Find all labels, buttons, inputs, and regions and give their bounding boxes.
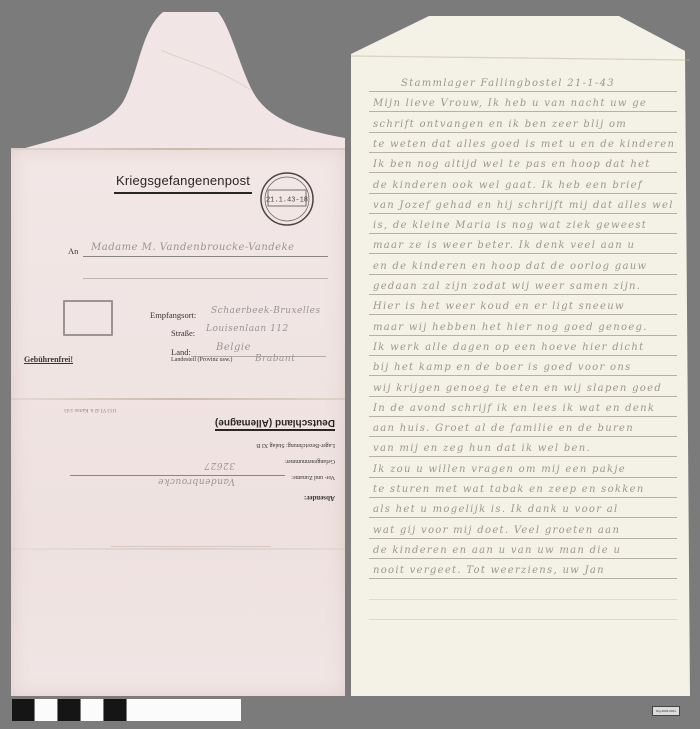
- handwritten-line: maar wij hebben het hier nog goed genoeg…: [373, 322, 673, 336]
- postmark-date: 21.1.43-18: [266, 197, 308, 205]
- handwritten-line: aan huis. Groet al de familie en de bure…: [373, 423, 673, 437]
- country-header: Deutschland (Allemagne): [215, 417, 335, 428]
- postmark-cancel: 21.1.43-18: [258, 170, 316, 228]
- print-code: 1113 VI 42 6. Karton 1/43: [64, 407, 117, 412]
- handwritten-line: en de kinderen en hoop dat de oorlog gau…: [373, 261, 673, 275]
- handwritten-line: de kinderen ook wel gaat. Ik heb een bri…: [373, 180, 673, 194]
- title-underline: [114, 192, 252, 194]
- letter-sheet: Stammlager Fallingbostel 21-1-43Mijn lie…: [351, 16, 690, 696]
- scale-cell-white: [81, 699, 103, 721]
- country-value: Belgie: [216, 342, 251, 353]
- to-label: An: [68, 246, 78, 256]
- handwritten-line: Mijn lieve Vrouw, Ik heb u van nacht uw …: [373, 98, 673, 112]
- street-label: Straße:: [171, 328, 195, 338]
- province-label: Landesteil (Provinz usw.): [171, 357, 232, 363]
- handwritten-line: nooit vergeet. Tot weerziens, uw Jan: [373, 565, 673, 579]
- handwritten-line: bij het kamp en de boer is goed voor ons: [373, 362, 673, 376]
- scale-cell-black: [104, 699, 126, 721]
- handwritten-line: Ik werk alle dagen op een hoeve hier dic…: [373, 342, 673, 356]
- province-value: Brabant: [255, 354, 295, 364]
- handwritten-line: Ik zou u willen vragen om mij een pakje: [373, 464, 673, 478]
- archive-id-label: Dig-2009-0001: [652, 706, 680, 716]
- sender-section-inverted: Deutschland (Allemagne) 1113 VI 42 6. Ka…: [11, 400, 345, 530]
- handwritten-line: Ik ben nog altijd wel te pas en hoop dat…: [373, 159, 673, 173]
- scale-cell-white: [127, 699, 241, 721]
- handwritten-line: Stammlager Fallingbostel 21-1-43: [401, 78, 700, 92]
- handwritten-line: te weten dat alles goed is met u en de k…: [373, 139, 673, 153]
- scale-cell-white: [35, 699, 57, 721]
- scale-cell-black: [12, 699, 34, 721]
- name-value: Vandenbroucke: [158, 476, 235, 486]
- camp-label: Lager-Bezeichnung: Stalag XI B: [256, 442, 335, 448]
- scale-cell-black: [58, 699, 80, 721]
- city-value: Schaerbeek-Bruxelles: [211, 306, 341, 316]
- prisoner-number-label: Gefangenennummer:: [284, 458, 335, 464]
- form-title: Kriegsgefangenenpost: [116, 173, 250, 188]
- handwritten-line: gedaan zal zijn zodat wij weer samen zij…: [373, 281, 673, 295]
- country-label: Land:: [171, 347, 191, 357]
- handwritten-line: de kinderen en aan u van uw man die u: [373, 545, 673, 559]
- handwritten-line: te sturen met wat tabak en zeep en sokke…: [373, 484, 673, 498]
- handwritten-line: maar ze is weer beter. Ik denk veel aan …: [373, 240, 673, 254]
- name-label: Vor- und Zuname:: [291, 474, 335, 480]
- handwritten-line: In de avond schrijf ik en lees ik wat en…: [373, 403, 673, 417]
- envelope-form: Kriegsgefangenenpost An Madame M. Vanden…: [11, 148, 345, 696]
- prisoner-number-value: 32627: [204, 460, 235, 470]
- handwritten-line: wij krijgen genoeg te eten en wij slapen…: [373, 383, 673, 397]
- handwritten-line: is, de kleine Maria is nog wat ziek gewe…: [373, 220, 673, 234]
- handwritten-line: wat gij voor mij doet. Veel groeten aan: [373, 525, 673, 539]
- fee-label: Gebührenfrei!: [24, 355, 73, 364]
- handwritten-line: Hier is het weer koud en er ligt sneeuw: [373, 301, 673, 315]
- city-label: Empfangsort:: [150, 310, 196, 320]
- envelope-top-flap: [11, 10, 345, 155]
- street-value: Louisenlaan 112: [206, 324, 331, 334]
- sender-label: Absender:: [304, 494, 335, 502]
- censor-stamp: [63, 300, 113, 336]
- handwritten-line: van mij en zeg hun dat ik wel ben.: [373, 443, 673, 457]
- recipient-name: Madame M. Vandenbroucke-Vandeke: [91, 242, 321, 253]
- handwritten-line: schrift ontvangen en ik ben zeer blij om: [373, 119, 673, 133]
- handwritten-line: van Jozef gehad en hij schrijft mij dat …: [373, 200, 673, 214]
- handwritten-line: als het u mogelijk is. Ik dank u voor al: [373, 504, 673, 518]
